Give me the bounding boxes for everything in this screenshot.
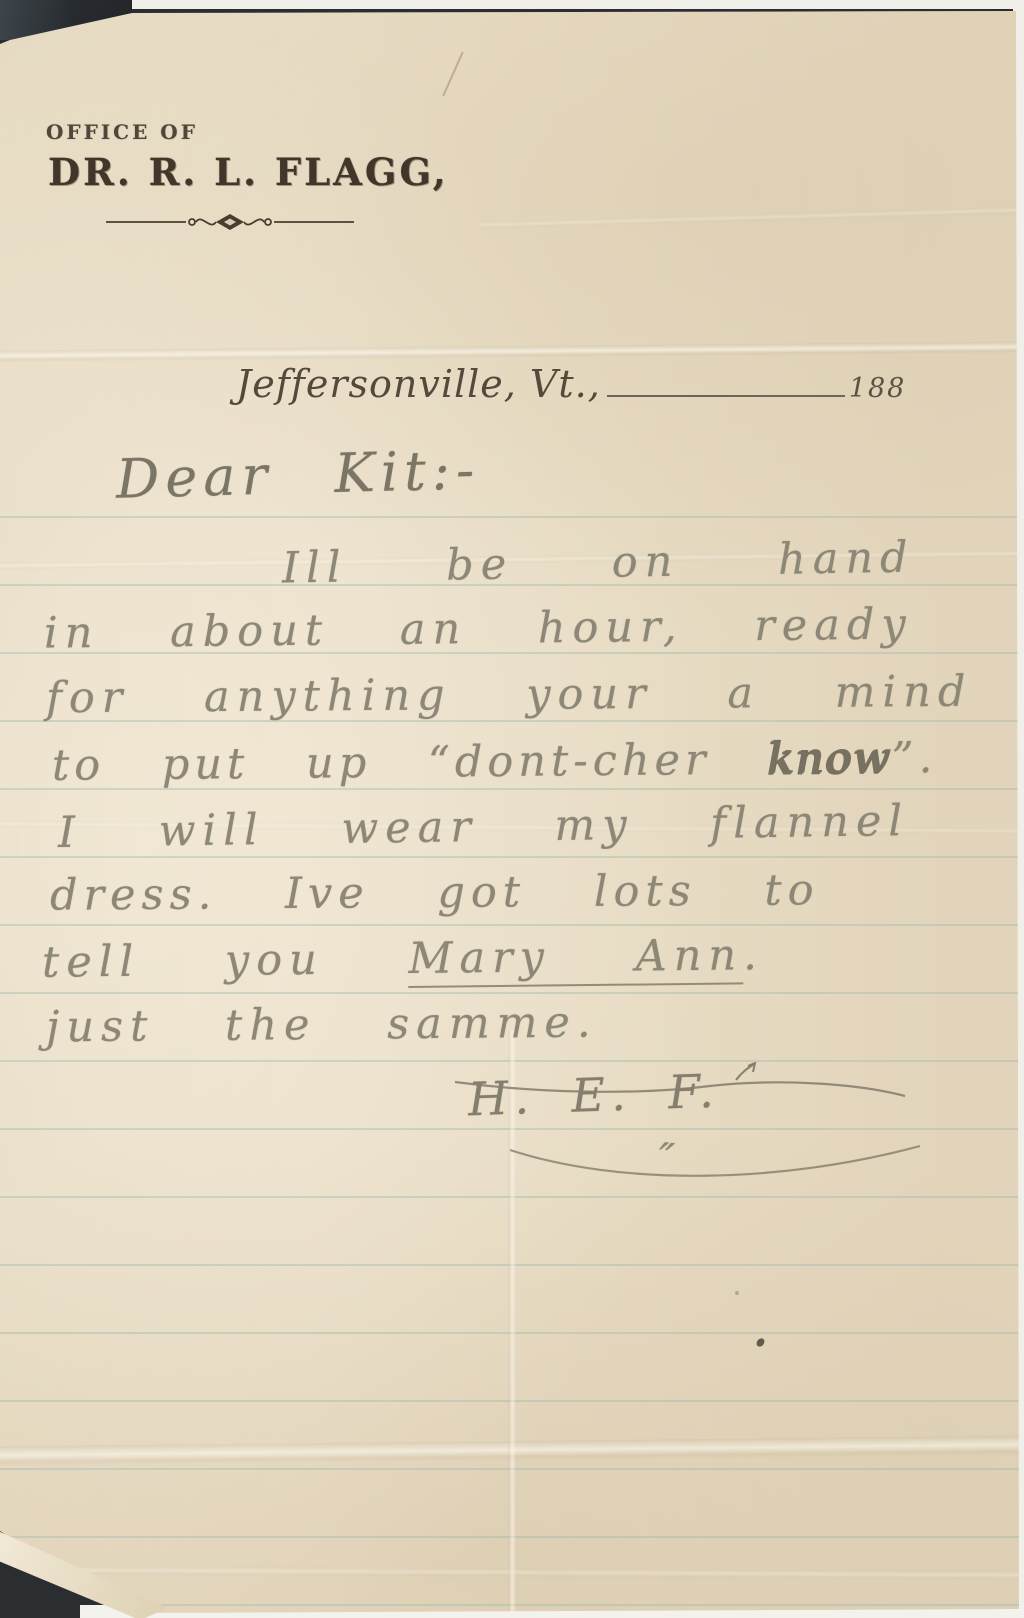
letter-line: dress. Ive got lots to [50, 869, 820, 917]
letter-line: just the samme. [46, 1002, 598, 1050]
letter-line: I will wear my flannel [58, 800, 910, 855]
line-text: in about an hour, ready [44, 599, 913, 658]
underlined-name: Mary Ann [408, 930, 743, 988]
letterhead-doctor-name: DR. R. L. FLAGG, [48, 150, 449, 194]
scanner-edge-top [0, 0, 1024, 9]
letterhead-office-of: OFFICE OF [46, 120, 198, 144]
line-text: tell you [42, 934, 409, 988]
line-text: to put up “dont-cher [52, 735, 768, 791]
letter-line: for anything your a mind [46, 671, 973, 720]
letter-line: to put up “dont-cher know”. [52, 737, 938, 788]
letterhead-flourish-divider [104, 208, 356, 234]
crease-fold-upper [0, 342, 1024, 363]
line-text: just the samme. [46, 998, 598, 1053]
letter-line: Ill be on hand [282, 536, 915, 590]
signature: H. E. F. [467, 1068, 720, 1123]
dateline: Jeffersonville, Vt., 188 [236, 362, 906, 406]
dateline-year: 188 [849, 373, 907, 404]
signature-flourish [500, 1128, 930, 1192]
letter-paper: OFFICE OF DR. R. L. FLAGG, Jeffersonvill… [0, 0, 1024, 1618]
line-text: ”. [891, 733, 937, 783]
letter-line: in about an hour, ready [44, 603, 913, 655]
line-text: . [743, 930, 764, 980]
scribbled-word: know [767, 734, 892, 785]
paper-speck [735, 1291, 739, 1295]
line-text: dress. Ive got lots to [50, 865, 820, 920]
line-text: for anything your a mind [46, 667, 973, 723]
letter-salutation: Dear Kit:- [115, 443, 480, 507]
dateline-blank-line [607, 395, 845, 397]
dateline-place: Jeffersonville, Vt., [236, 362, 601, 406]
crease-scratch-mark [442, 52, 463, 97]
crease-diagonal-top [480, 206, 1024, 229]
letter-line: tell you Mary Ann. [42, 934, 764, 985]
